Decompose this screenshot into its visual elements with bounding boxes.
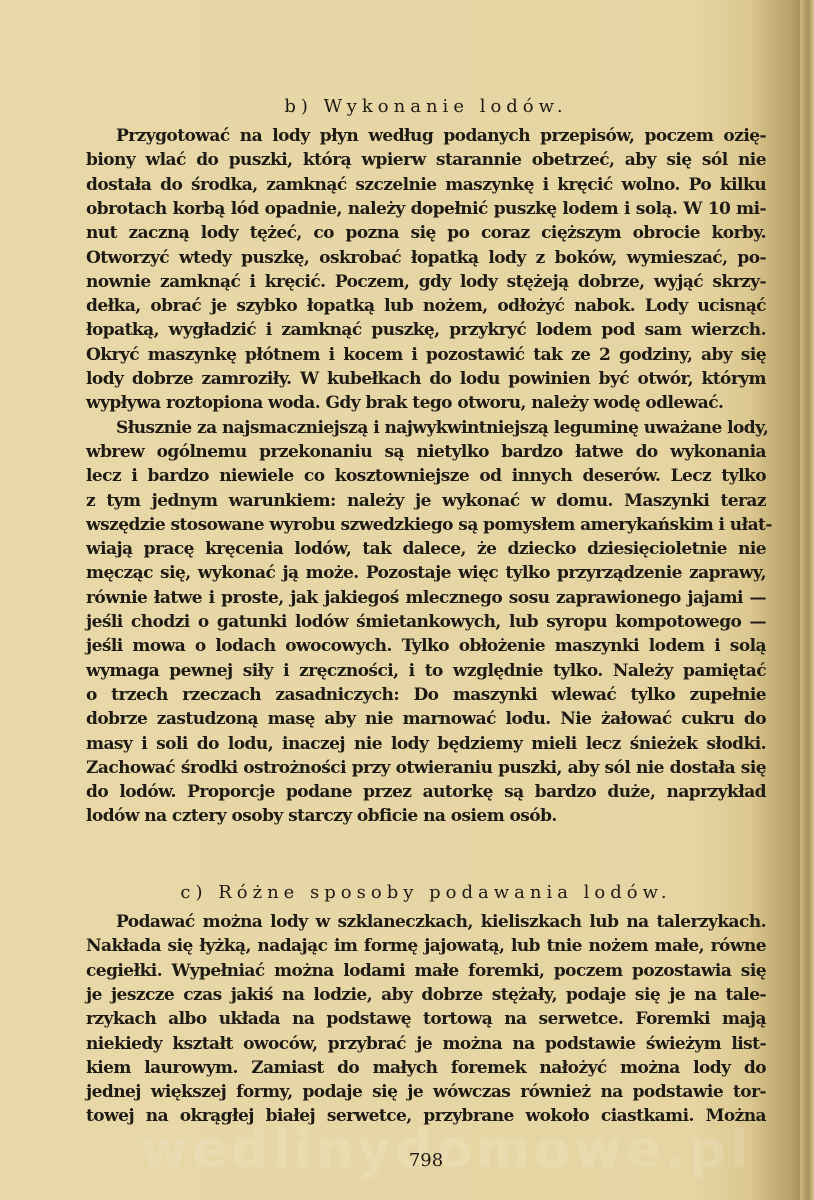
text-line: kiem laurowym. Zamiast do małych foremek… [86,1056,766,1080]
text-line: lecz i bardzo niewiele co kosztowniejsze… [86,464,766,488]
text-line: je jeszcze czas jakiś na lodzie, aby dob… [86,983,766,1007]
text-line: rzykach albo układa na podstawę tortową … [86,1007,766,1031]
text-line: masy i soli do lodu, inaczej nie lody bę… [86,732,766,756]
text-line: nut zaczną lody tężeć, co pozna się po c… [86,221,766,245]
section-heading-c: c) Różne sposoby podawania lodów. [86,882,766,903]
text-line: wszędzie stosowane wyrobu szwedzkiego są… [86,513,766,537]
text-line: biony wlać do puszki, którą wpierw stara… [86,148,766,172]
text-line: niekiedy kształt owoców, przybrać je moż… [86,1032,766,1056]
text-line: wiają pracę kręcenia lodów, tak dalece, … [86,537,766,561]
text-line: do lodów. Proporcje podane przez autorkę… [86,780,766,804]
text-line: z tym jednym warunkiem: należy je wykona… [86,489,766,513]
text-line: Nakłada się łyżką, nadając im formę jajo… [86,934,766,958]
text-line: męcząc się, wykonać ją może. Pozostaje w… [86,561,766,585]
text-line: Przygotować na lody płyn według podanych… [86,124,766,148]
text-line: o trzech rzeczach zasadniczych: Do maszy… [86,683,766,707]
section-heading-b: b) Wykonanie lodów. [86,96,766,117]
text-line: wbrew ogólnemu przekonaniu są nietylko b… [86,440,766,464]
text-line: cegiełki. Wypełniać można lodami małe fo… [86,959,766,983]
text-line: lodów na cztery osoby starczy obficie na… [86,804,766,828]
text-line: towej na okrągłej białej serwetce, przyb… [86,1104,766,1128]
text-line: dobrze zastudzoną masę aby nie marnować … [86,707,766,731]
text-line: dostała do środka, zamknąć szczelnie mas… [86,173,766,197]
text-line: lody dobrze zamroziły. W kubełkach do lo… [86,367,766,391]
text-line: łopatką, wygładzić i zamknąć puszkę, prz… [86,318,766,342]
text-line: Zachować środki ostrożności przy otwiera… [86,756,766,780]
text-line: Słusznie za najsmaczniejszą i najwykwint… [86,416,766,440]
text-line: Podawać można lody w szklaneczkach, kiel… [86,910,766,934]
text-line: wypływa roztopiona woda. Gdy brak tego o… [86,391,766,415]
text-line: nownie zamknąć i kręcić. Poczem, gdy lod… [86,270,766,294]
text-line: obrotach korbą lód opadnie, należy dopeł… [86,197,766,221]
text-line: Okryć maszynkę płótnem i kocem i pozosta… [86,343,766,367]
page-edge-shadow [800,0,814,1200]
page-number: 798 [86,1150,766,1171]
text-line: równie łatwe i proste, jak jakiegoś mlec… [86,586,766,610]
text-line: wymaga pewnej siły i zręczności, i to wz… [86,659,766,683]
text-line: dełka, obrać je szybko łopatką lub nożem… [86,294,766,318]
book-page: wedlinydomowe.pl b) Wykonanie lodów. Prz… [0,0,814,1200]
text-line: jeśli chodzi o gatunki lodów śmietankowy… [86,610,766,634]
text-line: jeśli mowa o lodach owocowych. Tylko obł… [86,634,766,658]
text-line: jednej większej formy, podaje się je wów… [86,1080,766,1104]
text-line: Otworzyć wtedy puszkę, oskrobać łopatką … [86,246,766,270]
